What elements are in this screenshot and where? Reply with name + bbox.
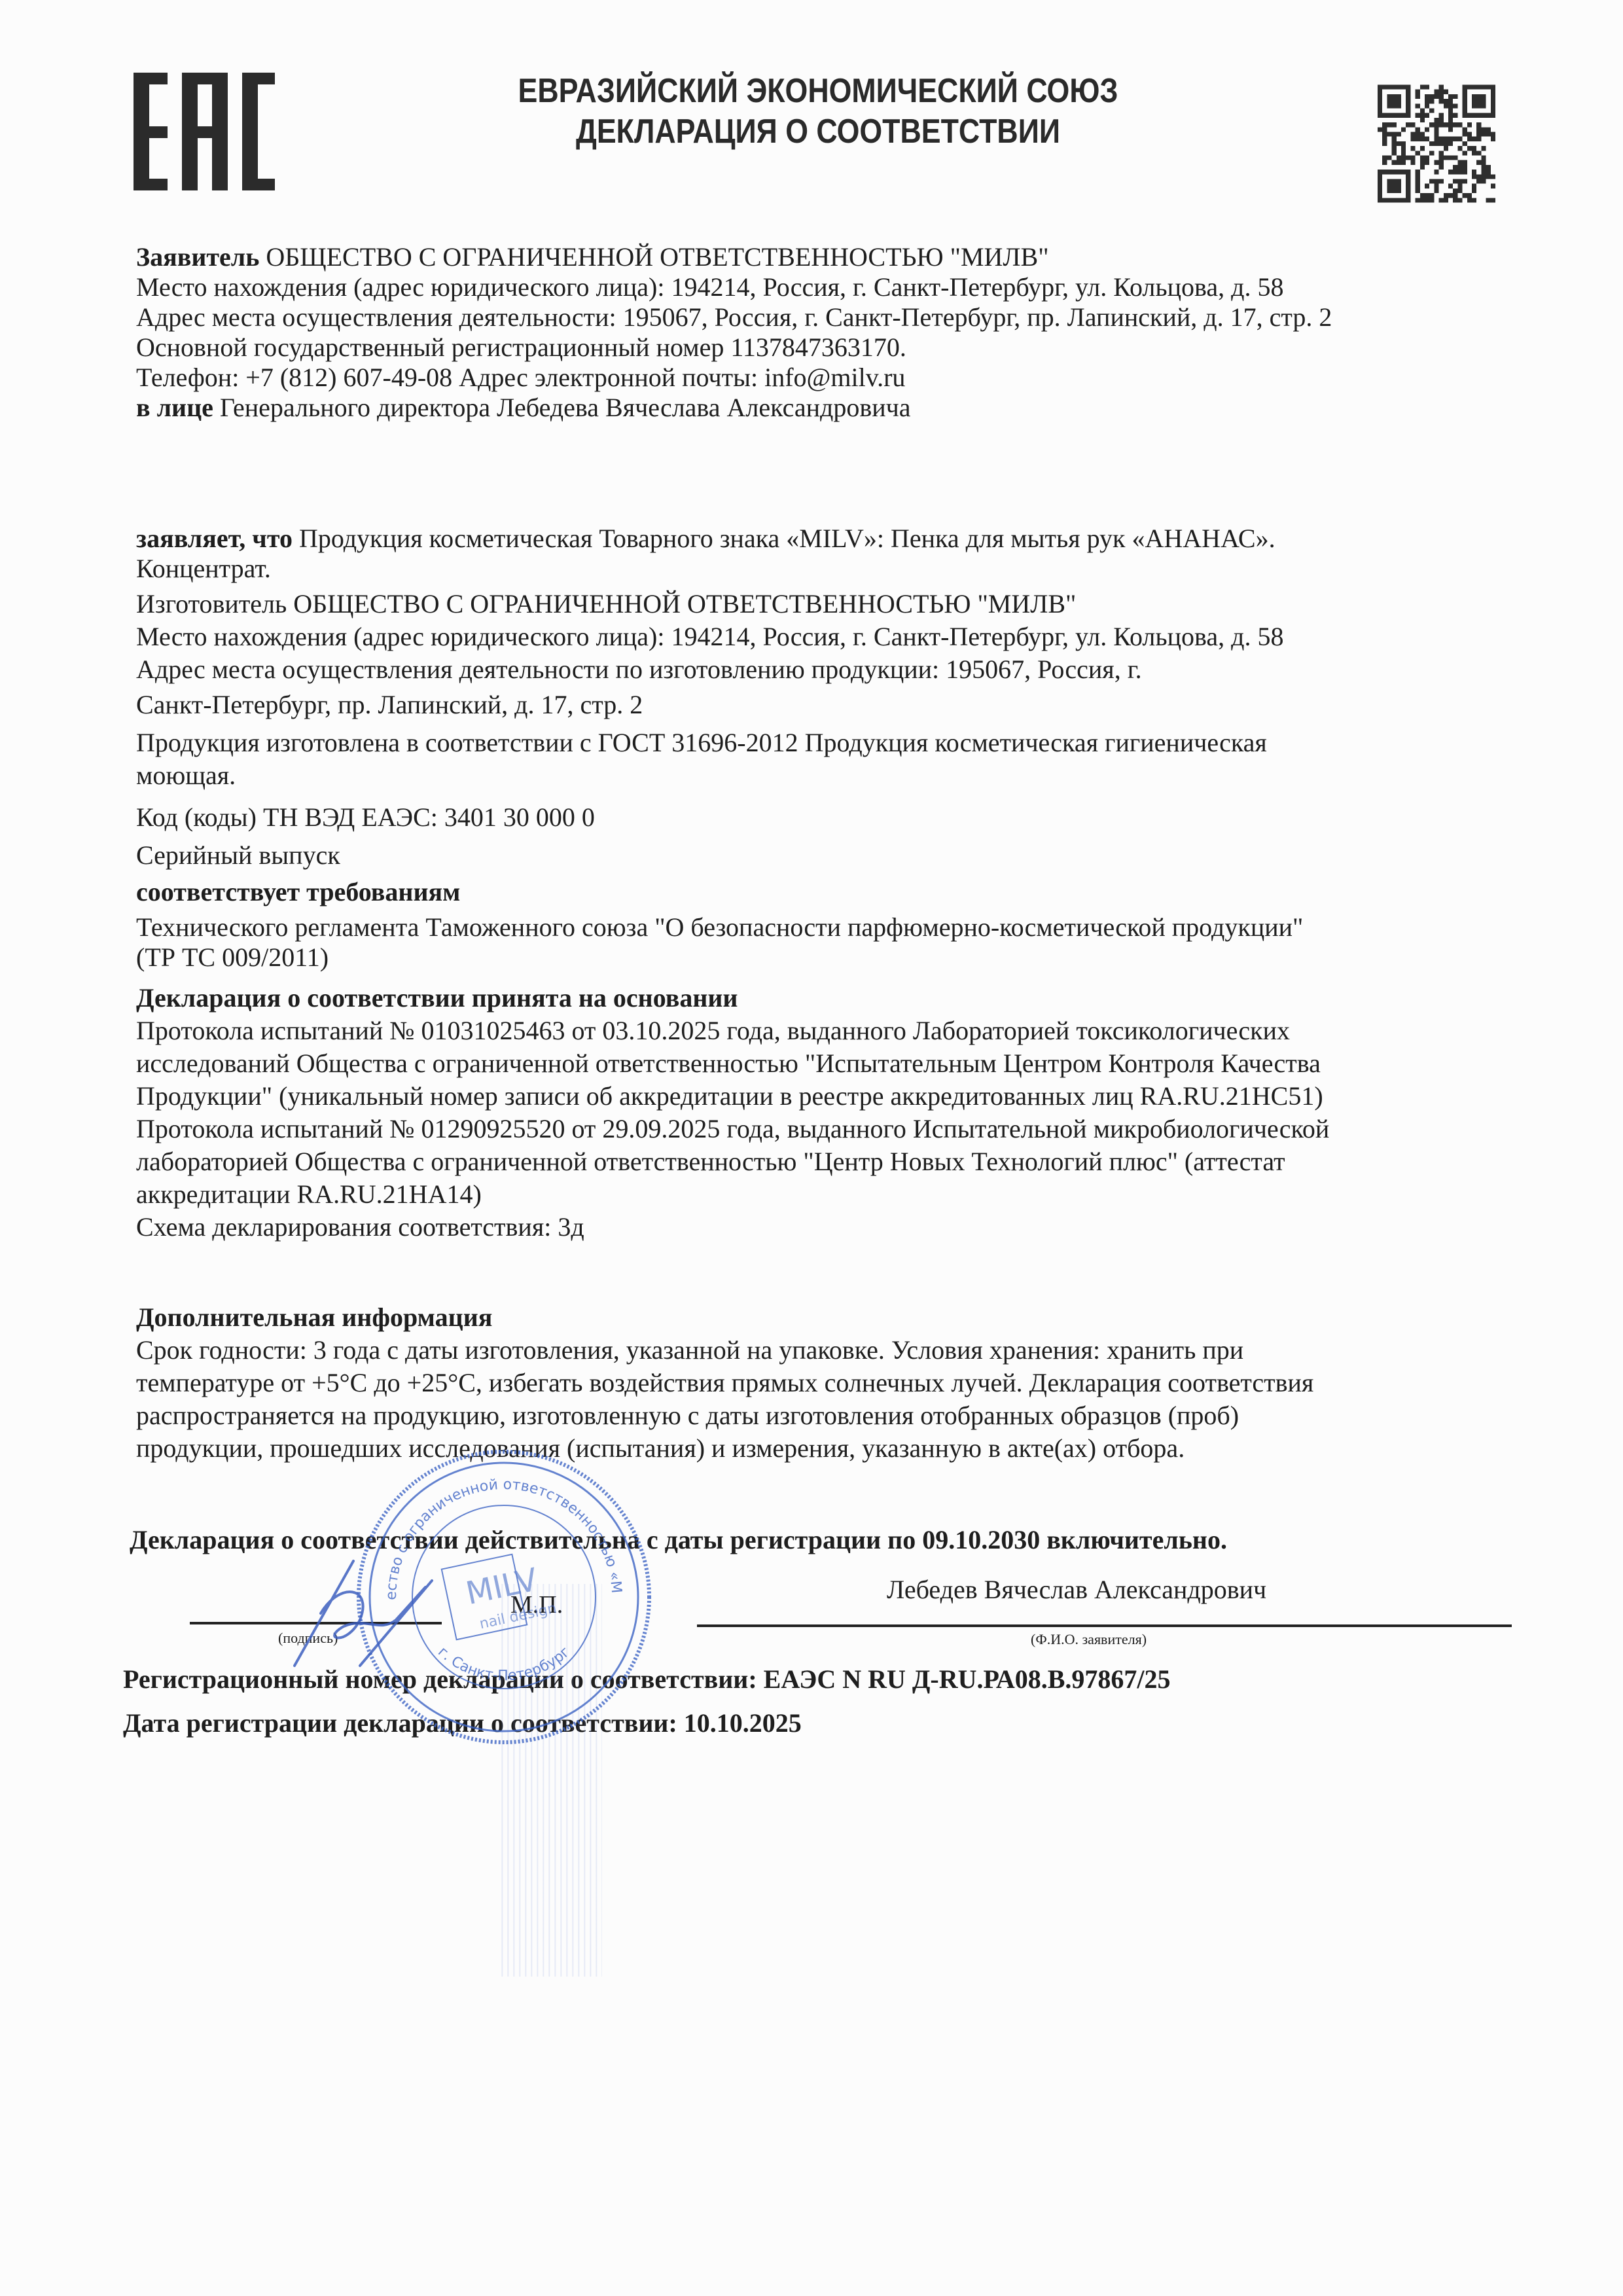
basis-line: аккредитации RA.RU.21НА14) xyxy=(136,1179,482,1210)
declares-label: заявляет, что xyxy=(136,524,293,553)
regulation-2: (ТР ТС 009/2011) xyxy=(136,942,329,973)
complies-label: соответствует требованиям xyxy=(136,877,460,907)
document-header: ЕВРАЗИЙСКИЙ ЭКОНОМИЧЕСКИЙ СОЮЗ ДЕКЛАРАЦИ… xyxy=(452,71,1184,152)
applicant-name: ОБЩЕСТВО С ОГРАНИЧЕННОЙ ОТВЕТСТВЕННОСТЬЮ… xyxy=(266,242,1048,272)
eac-logo-icon xyxy=(131,69,278,193)
company-stamp-icon: Общество с ограниченной ответственностью… xyxy=(350,1443,658,1751)
additional-info-line: распространяется на продукцию, изготовле… xyxy=(136,1401,1239,1431)
declaration-scheme: Схема декларирования соответствия: 3д xyxy=(136,1212,584,1242)
basis-line: лабораторией Общества с ограниченной отв… xyxy=(136,1147,1285,1177)
release-type: Серийный выпуск xyxy=(136,840,340,870)
applicant-label: Заявитель xyxy=(136,242,259,272)
svg-text:Общество с ограниченной ответс: Общество с ограниченной ответственностью… xyxy=(350,1443,624,1600)
additional-info-line: Срок годности: 3 года с даты изготовлени… xyxy=(136,1335,1243,1365)
tnved-code: Код (коды) ТН ВЭД ЕАЭС: 3401 30 000 0 xyxy=(136,802,595,833)
standard-2: моющая. xyxy=(136,761,236,791)
document-title: ДЕКЛАРАЦИЯ О СООТВЕТСТВИИ xyxy=(452,111,1184,152)
manufacturer-legal-address: Место нахождения (адрес юридического лиц… xyxy=(136,622,1284,652)
basis-line: Продукции" (уникальный номер записи об а… xyxy=(136,1081,1323,1111)
product-name: Продукция косметическая Товарного знака … xyxy=(299,524,1275,553)
manufacturer-address-2: Санкт-Петербург, пр. Лапинский, д. 17, с… xyxy=(136,690,643,720)
applicant-ogrn: Основной государственный регистрационный… xyxy=(136,332,906,363)
signer-name: Лебедев Вячеслав Александрович xyxy=(887,1574,1266,1605)
basis-line: Протокола испытаний № 01031025463 от 03.… xyxy=(136,1016,1290,1046)
basis-label: Декларация о соответствии принята на осн… xyxy=(136,983,738,1013)
scan-artifact xyxy=(497,1584,602,1977)
handwritten-signature-icon xyxy=(281,1541,452,1672)
represented-line: в лице Генерального директора Лебедева В… xyxy=(136,393,911,423)
signer-caption: (Ф.И.О. заявителя) xyxy=(1031,1631,1147,1648)
additional-info-line: продукции, прошедших исследования (испыт… xyxy=(136,1433,1185,1463)
declaration-page: ЕВРАЗИЙСКИЙ ЭКОНОМИЧЕСКИЙ СОЮЗ ДЕКЛАРАЦИ… xyxy=(0,0,1623,2296)
registration-number: ЕАЭС N RU Д-RU.РА08.В.97867/25 xyxy=(764,1664,1171,1694)
standard-1: Продукция изготовлена в соответствии с Г… xyxy=(136,728,1267,758)
additional-info-label: Дополнительная информация xyxy=(136,1302,492,1333)
basis-line: исследований Общества с ограниченной отв… xyxy=(136,1049,1321,1079)
applicant-contacts: Телефон: +7 (812) 607-49-08 Адрес электр… xyxy=(136,363,905,393)
basis-line: Протокола испытаний № 01290925520 от 29.… xyxy=(136,1114,1329,1144)
applicant-line: Заявитель ОБЩЕСТВО С ОГРАНИЧЕННОЙ ОТВЕТС… xyxy=(136,242,1049,272)
represented-label: в лице xyxy=(136,393,213,422)
union-title: ЕВРАЗИЙСКИЙ ЭКОНОМИЧЕСКИЙ СОЮЗ xyxy=(452,71,1184,111)
regulation-1: Технического регламента Таможенного союз… xyxy=(136,912,1303,942)
registration-number-label: Регистрационный номер декларации о соотв… xyxy=(123,1664,757,1694)
manufacturer-address-1: Адрес места осуществления деятельности п… xyxy=(136,655,1142,685)
registration-date: 10.10.2025 xyxy=(684,1708,802,1738)
applicant-legal-address: Место нахождения (адрес юридического лиц… xyxy=(136,272,1284,302)
signer-name-line xyxy=(697,1624,1512,1627)
additional-info-line: температуре от +5°С до +25°С, избегать в… xyxy=(136,1368,1313,1398)
product-name-cont: Концентрат. xyxy=(136,554,271,584)
validity-statement: Декларация о соответствии действительна … xyxy=(130,1525,1227,1555)
stamp-place-label: М.П. xyxy=(510,1590,563,1619)
declares-line: заявляет, что Продукция косметическая То… xyxy=(136,524,1275,554)
registration-date-label: Дата регистрации декларации о соответств… xyxy=(123,1708,677,1738)
represented-by: Генерального директора Лебедева Вячеслав… xyxy=(220,393,911,422)
qr-code-icon xyxy=(1378,84,1495,204)
registration-date-line: Дата регистрации декларации о соответств… xyxy=(123,1708,802,1738)
signature-line xyxy=(190,1622,442,1624)
applicant-activity-address: Адрес места осуществления деятельности: … xyxy=(136,302,1332,332)
signature-caption: (подпись) xyxy=(278,1630,338,1647)
manufacturer: Изготовитель ОБЩЕСТВО С ОГРАНИЧЕННОЙ ОТВ… xyxy=(136,589,1076,619)
registration-number-line: Регистрационный номер декларации о соотв… xyxy=(123,1664,1171,1695)
